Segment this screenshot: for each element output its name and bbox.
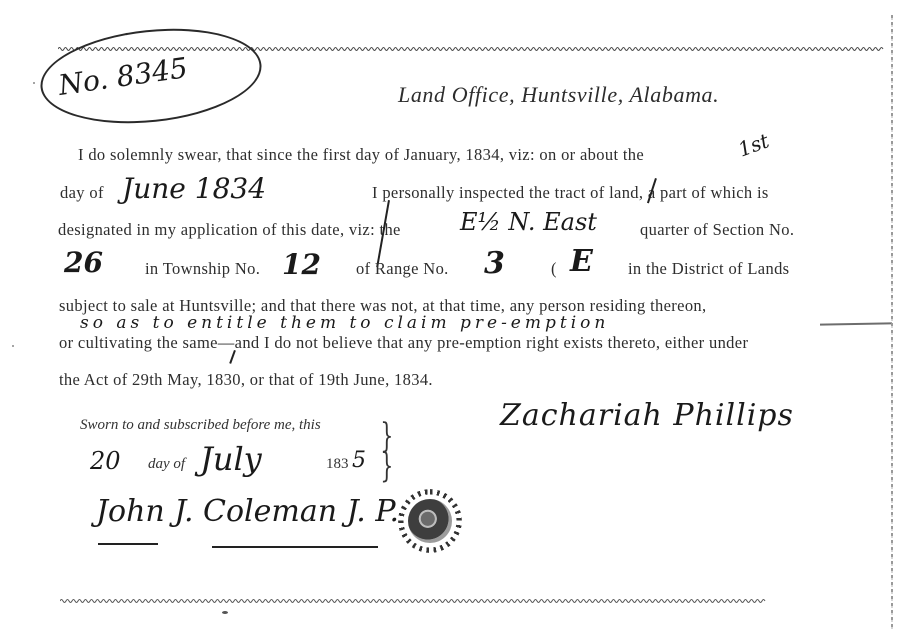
jurat-month-handwritten: July [200,440,262,478]
oath-line-1: I do solemnly swear, that since the firs… [78,145,644,165]
claimant-signature: Zachariah Phillips [500,398,794,433]
land-office-affidavit: No. 8345 Land Office, Huntsville, Alabam… [0,0,913,629]
range-label: of Range No. [356,259,449,279]
paper-speck [284,318,286,320]
oath-line-3-prefix: designated in my application of this dat… [58,220,401,240]
paper-speck [222,611,228,614]
oath-line-2-suffix: I personally inspected the tract of land… [372,183,769,203]
jurat-year-handwritten: 5 [352,448,366,473]
jurat-day-handwritten: 20 [90,447,121,475]
handwritten-township: 12 [282,248,321,281]
bottom-ornamental-rule [60,598,820,604]
township-label: in Township No. [145,259,260,279]
page-edge [891,15,893,629]
handwritten-month-year: June 1834 [122,172,266,205]
oath-line-6: or cultivating the same—and I do not bel… [59,333,748,353]
oath-line-4-suffix: in the District of Lands [628,259,789,279]
jurat-brace: } [380,446,393,486]
handwritten-day: 1st [735,128,772,161]
paren: ( [551,259,557,279]
jurat-year-printed: 183 [326,456,349,473]
oath-line-3-suffix: quarter of Section No. [640,220,794,240]
handwritten-section: 26 [64,246,103,279]
handwritten-range: 3 [484,246,505,281]
paper-speck [12,345,14,347]
oath-line-2-prefix: day of [60,183,104,203]
oath-line-7: the Act of 29th May, 1830, or that of 19… [59,370,433,390]
signature-flourish [98,543,158,545]
handwritten-direction: E [570,244,593,279]
office-title: Land Office, Huntsville, Alabama. [398,82,719,108]
jurat-line: Sworn to and subscribed before me, this [80,417,321,434]
signature-underline [212,546,378,548]
paper-speck [33,82,35,84]
official-signature: John J. Coleman J. P. [96,494,399,529]
seal-emblem [408,499,452,543]
margin-stroke [820,322,892,325]
handwritten-quarter: E½ N. East [460,208,597,236]
jurat-day-of: day of [148,456,185,473]
handwritten-insertion: so as to entitle them to claim pre-empti… [80,313,609,333]
